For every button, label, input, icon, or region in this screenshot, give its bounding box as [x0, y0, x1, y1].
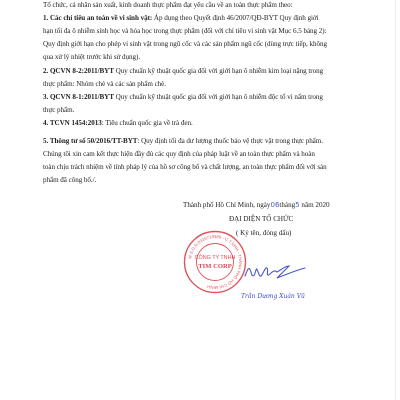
item-3-line-2: thực phẩm. [43, 105, 74, 116]
commitment-line-1: Chúng tôi xin cam kết thực hiện đầy đủ c… [43, 149, 315, 160]
commitment-line-2: toàn chịu trách nhiệm về tính pháp lý củ… [43, 162, 327, 173]
place-date: Thành phố Hồ Chí Minh, ngày06tháng5 năm … [183, 201, 330, 209]
item-1-line-2: hạn tối đa ô nhiễm sinh học và hóa học t… [43, 26, 327, 37]
item-1-line-3: Quy định giới hạn cho phép vi sinh vật t… [43, 39, 327, 50]
item-2-line-1: 2. QCVN 8-2:2011/BYT Quy chuẩn kỹ thuật … [43, 66, 323, 77]
handwritten-month: 5 [295, 201, 299, 209]
item-5-heading: 5. Thông tư số 50/2016/TT-BYT [43, 137, 137, 145]
svg-text:TIM CORP: TIM CORP [198, 263, 232, 270]
item-3-line-1: 3. QCVN 8-1:2011/BYT Quy chuẩn kỹ thuật … [43, 92, 323, 103]
item-1-heading: 1. Các chỉ tiêu an toàn về vi sinh vật: [43, 14, 152, 22]
item-4-heading: 4. TCVN 1454:2013 [43, 119, 102, 127]
intro-text: Tổ chức, cá nhân sản xuất, kinh doanh th… [43, 0, 293, 11]
representative-title: ĐẠI DIỆN TỔ CHỨC [229, 215, 293, 223]
item-3-heading: 3. QCVN 8-1:2011/BYT [43, 93, 114, 101]
page-edge [395, 0, 396, 400]
item-5-line-1: 5. Thông tư số 50/2016/TT-BYT: Quy định … [43, 136, 323, 147]
item-4-line-1: 4. TCVN 1454:2013: Tiêu chuẩn quốc gia v… [43, 118, 193, 129]
item-1-line-4: qua xử lý nhiệt trước khi sử dụng). [43, 52, 140, 63]
item-2-line-2: thực phẩm: Nhóm chè và các sản phẩm chè. [43, 79, 166, 90]
handwritten-signature-icon [243, 258, 308, 288]
svg-text:CÔNG TY TNHH: CÔNG TY TNHH [195, 254, 236, 261]
commitment-line-3: phẩm đã công bố./. [43, 175, 96, 186]
item-1-line-1: 1. Các chỉ tiêu an toàn về vi sinh vật: … [43, 13, 319, 24]
document-page: Tổ chức, cá nhân sản xuất, kinh doanh th… [0, 0, 400, 400]
item-2-heading: 2. QCVN 8-2:2011/BYT [43, 67, 114, 75]
signer-name: Trần Dương Xuân Vũ [241, 293, 305, 300]
svg-text:M.S.D.N:0316719389 - C.T.NHH -: M.S.D.N:0316719389 - C.T.NHH - THÀNH PHỐ… [187, 234, 243, 290]
company-stamp-icon: M.S.D.N:0316719389 - C.T.NHH - THÀNH PHỐ… [183, 230, 247, 294]
